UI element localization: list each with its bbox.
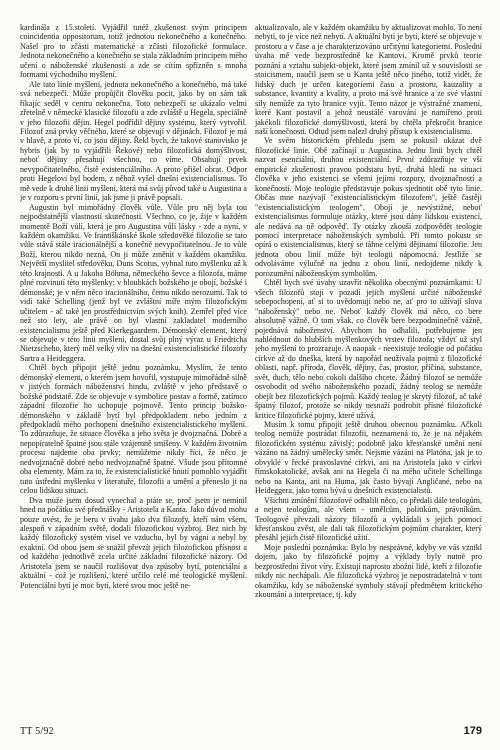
right-column: aktualizovalo, ale v každém okamžiku by … [255,23,482,710]
paragraph: Augustin byl mimořádný člověk vůle. Vůle… [20,203,247,364]
paragraph: kardinála z 15.století. Vyjádřil tutéž z… [20,23,247,80]
paragraph: aktualizovalo, ale v každém okamžiku by … [255,23,482,136]
paragraph: Všichni zmínění filozofové odhalili něco… [255,496,482,543]
paragraph: Musím k tomu připojit ještě druhou obecn… [255,420,482,496]
journal-issue-label: TT 5/92 [20,726,54,737]
page-footer: TT 5/92 179 [20,725,482,737]
paragraph: Moje poslední poznámka: Bylo by nesprávn… [255,543,482,600]
paragraph: Chtěl bych své úvahy uzavřít několika ob… [255,278,482,420]
paragraph: Chtěl bych připojit ještě jednu poznámku… [20,363,247,495]
paragraph: Dva muže jsem dosud vynechal a ptáte se,… [20,496,247,591]
two-column-text-block: kardinála z 15.století. Vyjádřil tutéž z… [20,23,482,710]
page-number: 179 [464,725,482,737]
paragraph: Ale tato linie myšlení, jednota nekonečn… [20,80,247,203]
left-column: kardinála z 15.století. Vyjádřil tutéž z… [20,23,247,710]
document-page: kardinála z 15.století. Vyjádřil tutéž z… [0,0,500,750]
paragraph: Ve svém historickém přehledu jsem se pok… [255,136,482,278]
